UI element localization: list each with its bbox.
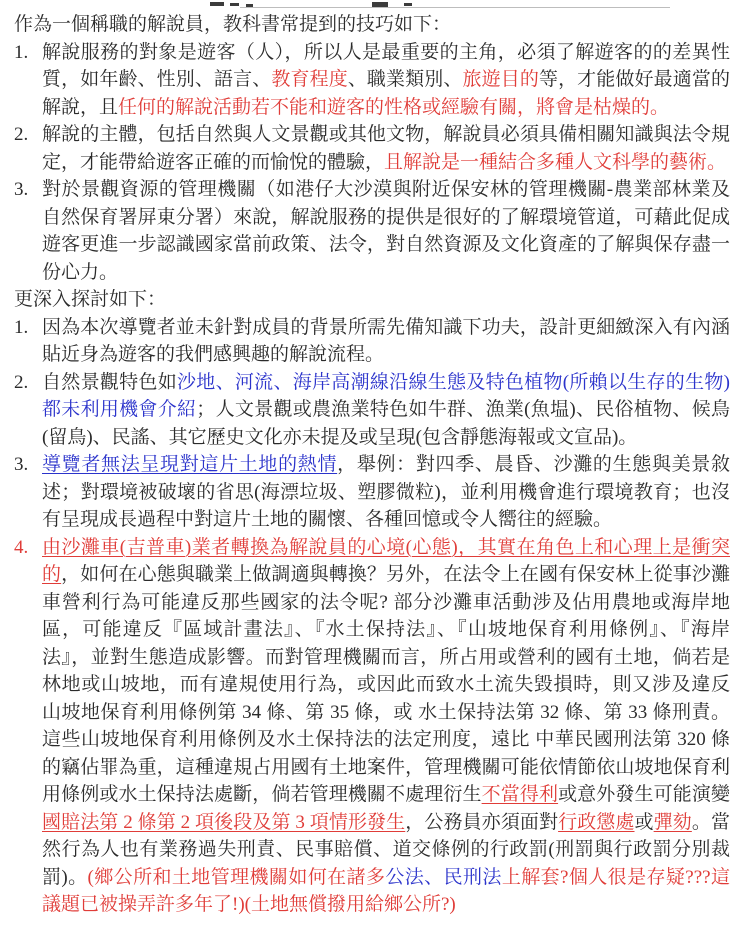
list-number: 2. — [14, 121, 28, 149]
text-run: 且解說是一種結合多種人文科學的藝術。 — [384, 152, 726, 173]
list-number: 1. — [14, 314, 28, 342]
list-number: 2. — [14, 369, 28, 397]
text-run: 對於景觀資源的管理機關（如港仔大沙漠與附近保安林的管理機關-農業部林業及自然保育… — [42, 179, 730, 283]
clipped-glyph-fragment — [230, 3, 239, 6]
text-run: 或意外發生可能演變 — [558, 784, 730, 805]
paragraph: 作為一個稱職的解說員，教科書常提到的技巧如下： — [14, 11, 730, 39]
text-run: 教育程度 — [271, 69, 347, 90]
list-item: 3.導覽者無法呈現對這片土地的熱情，舉例：對四季、晨昏、沙灘的生態與美景敘述；對… — [14, 451, 730, 534]
list-item: 1.解說服務的對象是遊客（人），所以人是最重要的主角，必須了解遊客的的差異性質，… — [14, 39, 730, 122]
paragraph: 更深入探討如下： — [14, 286, 730, 314]
text-run: 因為本次導覽者並未針對成員的背景所需先備知識下功夫，設計更細緻深入有內涵貼近身為… — [42, 317, 730, 366]
text-run: 自然景觀特色如 — [42, 372, 177, 393]
text-run: 旅遊目的 — [463, 69, 539, 90]
text-run: 國賠法第 2 條第 2 項後段及第 3 項情形發生 — [42, 812, 405, 833]
text-run: 導覽者無法呈現對這片土地的熱情 — [42, 454, 337, 475]
text-run: 彈劾 — [654, 812, 692, 833]
clipped-previous-line — [0, 0, 744, 9]
text-run: 行政懲處 — [558, 812, 634, 833]
text-run: 作為一個稱職的解說員，教科書常提到的技巧如下： — [14, 14, 451, 35]
list-number: 3. — [14, 451, 28, 479]
text-run: 更深入探討如下： — [14, 289, 166, 310]
text-run: 不當得利 — [482, 784, 558, 805]
document-page: 作為一個稱職的解說員，教科書常提到的技巧如下：1.解說服務的對象是遊客（人），所… — [0, 9, 744, 919]
list-item: 3.對於景觀資源的管理機關（如港仔大沙漠與附近保安林的管理機關-農業部林業及自然… — [14, 176, 730, 286]
list-item: 4.由沙灘車(吉普車)業者轉換為解說員的心境(心態)，其實在角色上和心理上是衝突… — [14, 534, 730, 919]
text-run: ，如何在心態與職業上做調適與轉換？另外，在法令上在國有保安林上從事沙灘車營利行為… — [42, 564, 730, 805]
document-body: 作為一個稱職的解說員，教科書常提到的技巧如下：1.解說服務的對象是遊客（人），所… — [14, 11, 730, 919]
list-number: 3. — [14, 176, 28, 204]
text-run: 、職業類別、 — [348, 69, 463, 90]
list-item: 1.因為本次導覽者並未針對成員的背景所需先備知識下功夫，設計更細緻深入有內涵貼近… — [14, 314, 730, 369]
text-run: 任何的解說活動若不能和遊客的性格或經驗有關，將會是枯燥的。 — [118, 97, 669, 118]
text-run: (鄉公所和土地管理機關如何在諸多 — [88, 867, 386, 888]
clipped-glyph-fragment — [210, 2, 224, 6]
text-run: 或 — [635, 812, 654, 833]
text-run: 公法、民刑法 — [385, 867, 501, 888]
list-item: 2.自然景觀特色如沙地、河流、海岸高潮線沿線生態及特色植物(所賴以生存的生物)都… — [14, 369, 730, 452]
list-number: 4. — [14, 534, 28, 562]
list-item: 2.解說的主體，包括自然與人文景觀或其他文物，解說員必須具備相關知識與法令規定，… — [14, 121, 730, 176]
text-run: ，公務員亦須面對 — [405, 812, 558, 833]
clipped-glyph-fragment — [404, 3, 412, 6]
list-number: 1. — [14, 39, 28, 67]
clipped-underline-fragment — [240, 7, 670, 8]
